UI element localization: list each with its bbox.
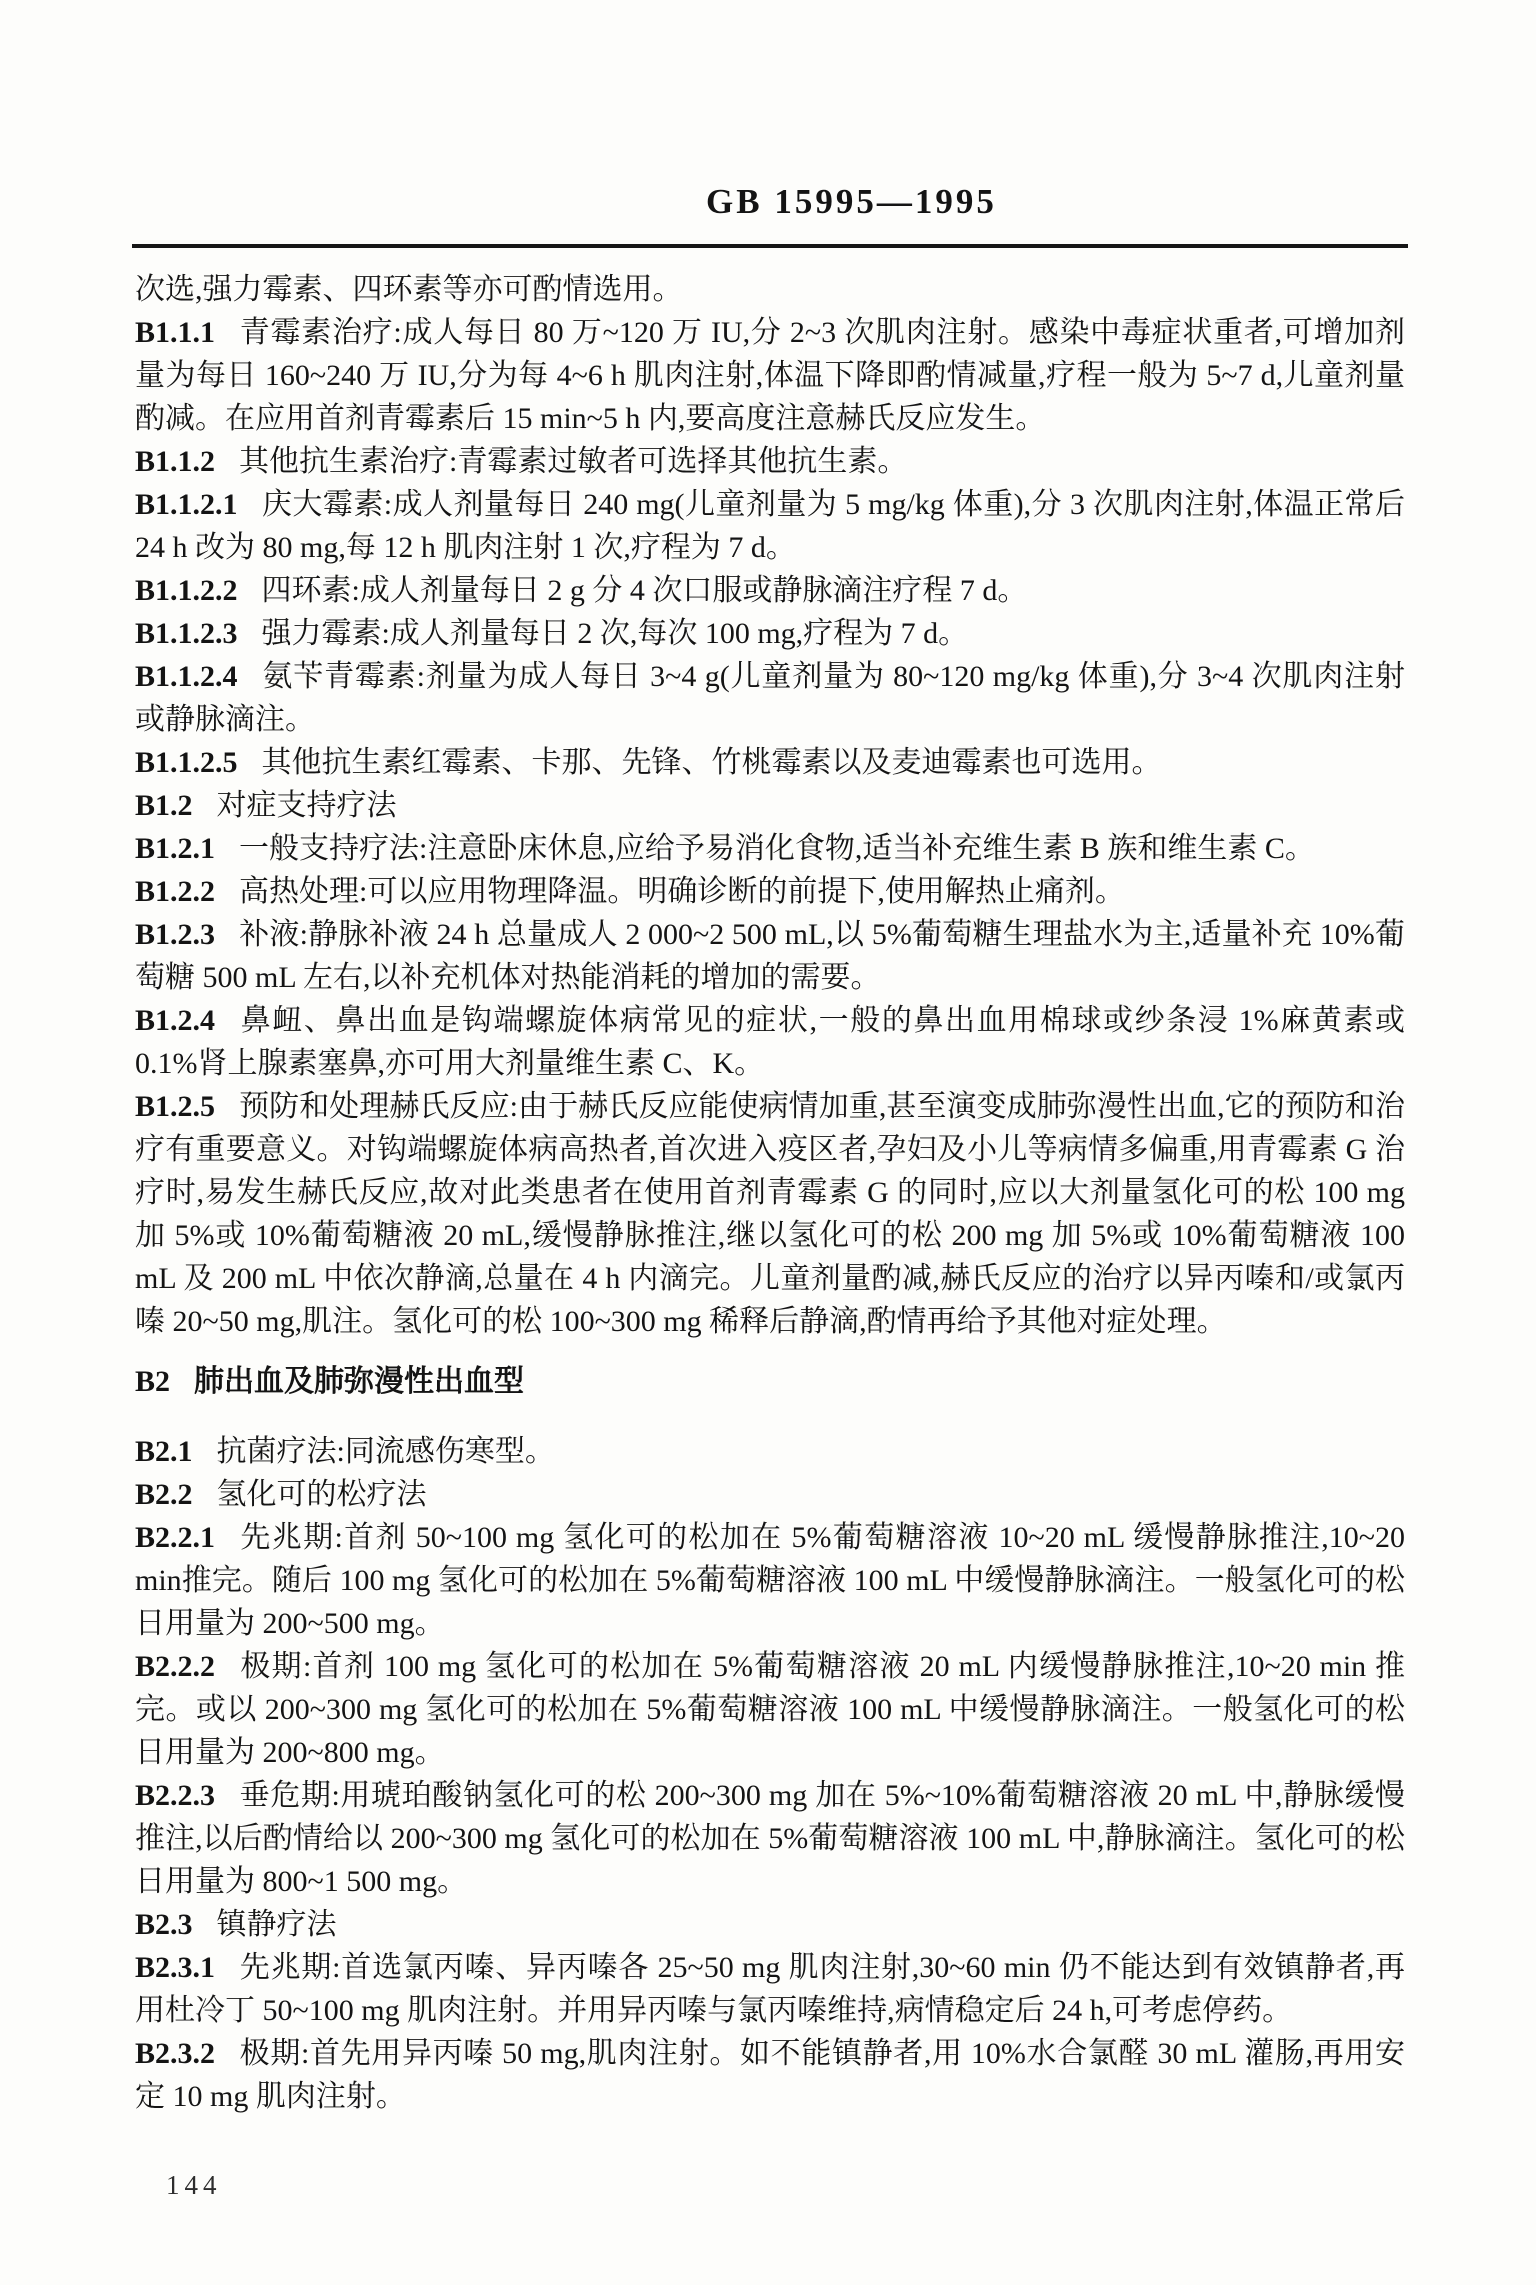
clause-text: 一般支持疗法:注意卧床休息,应给予易消化食物,适当补充维生素 B 族和维生素 C… [239, 832, 1315, 865]
clause-text: 强力霉素:成人剂量每日 2 次,每次 100 mg,疗程为 7 d。 [262, 617, 969, 650]
clause-paragraph: B2.2.2极期:首剂 100 mg 氢化可的松加在 5%葡萄糖溶液 20 mL… [135, 1645, 1405, 1774]
clause-number: B2.2.1 [135, 1521, 215, 1554]
standard-number: GB 15995—1995 [706, 182, 997, 222]
clause-text: 氨苄青霉素:剂量为成人每日 3~4 g(儿童剂量为 80~120 mg/kg 体… [135, 660, 1405, 736]
clause-number: B1.2.1 [135, 832, 215, 865]
clause-paragraph: B1.1.2.2四环素:成人剂量每日 2 g 分 4 次口服或静脉滴注疗程 7 … [135, 569, 1405, 612]
clause-number: B1.1.1 [135, 316, 215, 349]
clause-text: 次选,强力霉素、四环素等亦可酌情选用。 [135, 273, 683, 306]
header-rule [132, 244, 1408, 248]
clause-paragraph: B2.2氢化可的松疗法 [135, 1473, 1405, 1516]
clause-number: B1.1.2.4 [135, 660, 238, 693]
clause-number: B2 [135, 1365, 170, 1398]
clause-number: B1.1.2.5 [135, 746, 238, 779]
clause-paragraph: B1.2.3补液:静脉补液 24 h 总量成人 2 000~2 500 mL,以… [135, 913, 1405, 999]
clause-text: 先兆期:首选氯丙嗪、异丙嗪各 25~50 mg 肌肉注射,30~60 min 仍… [135, 1951, 1405, 2027]
clause-text: 肺出血及肺弥漫性出血型 [194, 1365, 524, 1398]
clause-paragraph: B1.2对症支持疗法 [135, 784, 1405, 827]
clause-text: 四环素:成人剂量每日 2 g 分 4 次口服或静脉滴注疗程 7 d。 [262, 574, 1028, 607]
clause-number: B2.3.2 [135, 2037, 215, 2070]
clause-paragraph: B2.2.3垂危期:用琥珀酸钠氢化可的松 200~300 mg 加在 5%~10… [135, 1774, 1405, 1903]
document-body: 次选,强力霉素、四环素等亦可酌情选用。 B1.1.1青霉素治疗:成人每日 80 … [135, 268, 1405, 2118]
clause-number: B1.2.3 [135, 918, 215, 951]
clause-paragraph: B2.3镇静疗法 [135, 1903, 1405, 1946]
clause-paragraph: B1.1.1青霉素治疗:成人每日 80 万~120 万 IU,分 2~3 次肌肉… [135, 311, 1405, 440]
clause-number: B2.3 [135, 1908, 193, 1941]
clause-text: 极期:首剂 100 mg 氢化可的松加在 5%葡萄糖溶液 20 mL 内缓慢静脉… [135, 1650, 1405, 1769]
clause-text: 其他抗生素治疗:青霉素过敏者可选择其他抗生素。 [239, 445, 907, 478]
clause-paragraph: B1.1.2.4氨苄青霉素:剂量为成人每日 3~4 g(儿童剂量为 80~120… [135, 655, 1405, 741]
clause-number: B1.1.2.3 [135, 617, 238, 650]
clause-number: B2.1 [135, 1435, 193, 1468]
clause-text: 青霉素治疗:成人每日 80 万~120 万 IU,分 2~3 次肌肉注射。感染中… [135, 316, 1405, 435]
clause-text: 预防和处理赫氏反应:由于赫氏反应能使病情加重,甚至演变成肺弥漫性出血,它的预防和… [135, 1090, 1405, 1338]
clause-paragraph: B2.3.2极期:首先用异丙嗪 50 mg,肌肉注射。如不能镇静者,用 10%水… [135, 2032, 1405, 2118]
document-page: GB 15995—1995 次选,强力霉素、四环素等亦可酌情选用。 B1.1.1… [0, 0, 1536, 2285]
clause-number: B1.1.2.1 [135, 488, 238, 521]
clause-number: B2.2 [135, 1478, 193, 1511]
clause-paragraph: B1.1.2.3强力霉素:成人剂量每日 2 次,每次 100 mg,疗程为 7 … [135, 612, 1405, 655]
clause-text: 抗菌疗法:同流感伤寒型。 [217, 1435, 555, 1468]
clause-paragraph: B1.1.2.5其他抗生素红霉素、卡那、先锋、竹桃霉素以及麦迪霉素也可选用。 [135, 741, 1405, 784]
clause-paragraph: B2.1抗菌疗法:同流感伤寒型。 [135, 1430, 1405, 1473]
clause-paragraph: B1.1.2.1庆大霉素:成人剂量每日 240 mg(儿童剂量为 5 mg/kg… [135, 483, 1405, 569]
clause-text: 对症支持疗法 [217, 789, 397, 822]
clause-number: B1.1.2 [135, 445, 215, 478]
section-heading: B2肺出血及肺弥漫性出血型 [135, 1360, 1405, 1403]
clause-number: B1.2.2 [135, 875, 215, 908]
clause-paragraph: B2.3.1先兆期:首选氯丙嗪、异丙嗪各 25~50 mg 肌肉注射,30~60… [135, 1946, 1405, 2032]
clause-number: B1.2 [135, 789, 193, 822]
clause-text: 鼻衄、鼻出血是钩端螺旋体病常见的症状,一般的鼻出血用棉球或纱条浸 1%麻黄素或 … [135, 1004, 1405, 1080]
clause-number: B2.2.2 [135, 1650, 215, 1683]
clause-number: B1.2.4 [135, 1004, 215, 1037]
clause-paragraph: B1.2.4鼻衄、鼻出血是钩端螺旋体病常见的症状,一般的鼻出血用棉球或纱条浸 1… [135, 999, 1405, 1085]
continuation-paragraph: 次选,强力霉素、四环素等亦可酌情选用。 [135, 268, 1405, 311]
page-number: 144 [166, 2170, 222, 2201]
clause-number: B1.1.2.2 [135, 574, 238, 607]
clause-text: 镇静疗法 [217, 1908, 337, 1941]
clause-paragraph: B1.2.1一般支持疗法:注意卧床休息,应给予易消化食物,适当补充维生素 B 族… [135, 827, 1405, 870]
clause-text: 高热处理:可以应用物理降温。明确诊断的前提下,使用解热止痛剂。 [239, 875, 1125, 908]
clause-paragraph: B2.2.1先兆期:首剂 50~100 mg 氢化可的松加在 5%葡萄糖溶液 1… [135, 1516, 1405, 1645]
clause-text: 庆大霉素:成人剂量每日 240 mg(儿童剂量为 5 mg/kg 体重),分 3… [135, 488, 1405, 564]
clause-number: B1.2.5 [135, 1090, 215, 1123]
clause-text: 补液:静脉补液 24 h 总量成人 2 000~2 500 mL,以 5%葡萄糖… [135, 918, 1405, 994]
clause-paragraph: B1.1.2其他抗生素治疗:青霉素过敏者可选择其他抗生素。 [135, 440, 1405, 483]
clause-text: 氢化可的松疗法 [217, 1478, 427, 1511]
clause-text: 其他抗生素红霉素、卡那、先锋、竹桃霉素以及麦迪霉素也可选用。 [262, 746, 1162, 779]
clause-text: 先兆期:首剂 50~100 mg 氢化可的松加在 5%葡萄糖溶液 10~20 m… [135, 1521, 1405, 1640]
clause-text: 垂危期:用琥珀酸钠氢化可的松 200~300 mg 加在 5%~10%葡萄糖溶液… [135, 1779, 1405, 1898]
clause-text: 极期:首先用异丙嗪 50 mg,肌肉注射。如不能镇静者,用 10%水合氯醛 30… [135, 2037, 1405, 2113]
clause-paragraph: B1.2.5预防和处理赫氏反应:由于赫氏反应能使病情加重,甚至演变成肺弥漫性出血… [135, 1085, 1405, 1343]
clause-paragraph: B1.2.2高热处理:可以应用物理降温。明确诊断的前提下,使用解热止痛剂。 [135, 870, 1405, 913]
clause-number: B2.3.1 [135, 1951, 215, 1984]
clause-number: B2.2.3 [135, 1779, 215, 1812]
